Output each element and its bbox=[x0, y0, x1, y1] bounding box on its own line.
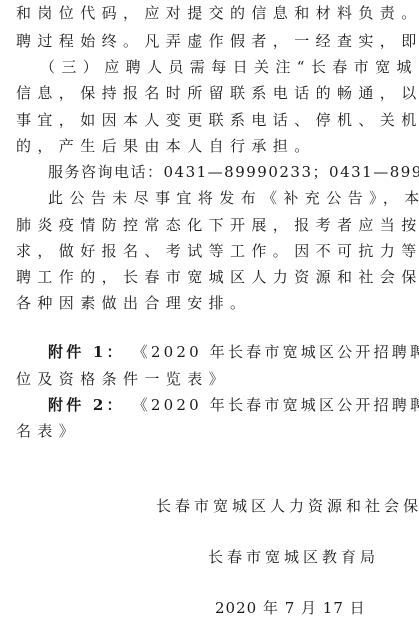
signature-date: 2020 年 7 月 17 日 bbox=[215, 599, 366, 617]
attachment-1-cont: 位及资格条件一览表》 bbox=[16, 370, 230, 388]
text-line: 的，产生后果由本人自行承担。 bbox=[16, 137, 316, 155]
text-line: 事宜，如因本人变更联系电话、停机、关机等原因无法联系 bbox=[16, 111, 419, 129]
attachment-label: 附件 2： bbox=[48, 396, 125, 414]
text-line: （三）应聘人员需每日关注“长春市宽城区政府网站” bbox=[40, 58, 419, 76]
text-line: 聘过程始终。凡弄虚作假者，一经查实，即取消应聘资格。 bbox=[16, 32, 419, 50]
attachment-2-cont: 名表》 bbox=[16, 422, 80, 440]
text-line: 求，做好报名、考试等工作。因不可抗力等因素影响本次招 bbox=[16, 242, 419, 260]
phone-line: 服务咨询电话：0431—89990233；0431—89990293 bbox=[48, 163, 419, 181]
text-line: 和岗位代码，应对提交的信息和材料负责。资格审查贯穿招 bbox=[16, 4, 419, 22]
attachment-title: 《2020 年长春市宽城区公开招聘聘用制教师报 bbox=[133, 396, 419, 414]
text-line: 此公告未尽事宜将发布《补充公告》，本次考试在新冠 bbox=[48, 189, 419, 207]
text-line: 肺炎疫情防控常态化下开展，报考者应当按照有关防控要 bbox=[16, 216, 419, 234]
text-line: 信息，保持报名时所留联系电话的畅通，以便通知招聘相关 bbox=[16, 84, 419, 102]
signature-org-edu: 长春市宽城区教育局 bbox=[208, 548, 379, 566]
attachment-title: 《2020 年长春市宽城区公开招聘聘用制教师岗 bbox=[133, 343, 419, 361]
text-line: 各种因素做出合理安排。 bbox=[16, 294, 251, 312]
signature-org-hr: 长春市宽城区人力资源和社会保障局 bbox=[156, 497, 419, 515]
attachment-label: 附件 1： bbox=[48, 343, 125, 361]
attachment-2: 附件 2： 《2020 年长春市宽城区公开招聘聘用制教师报 bbox=[48, 396, 419, 414]
attachment-1: 附件 1： 《2020 年长春市宽城区公开招聘聘用制教师岗 bbox=[48, 343, 419, 361]
text-line: 聘工作的，长春市宽城区人力资源和社会保障局将综合考虑 bbox=[16, 268, 419, 286]
